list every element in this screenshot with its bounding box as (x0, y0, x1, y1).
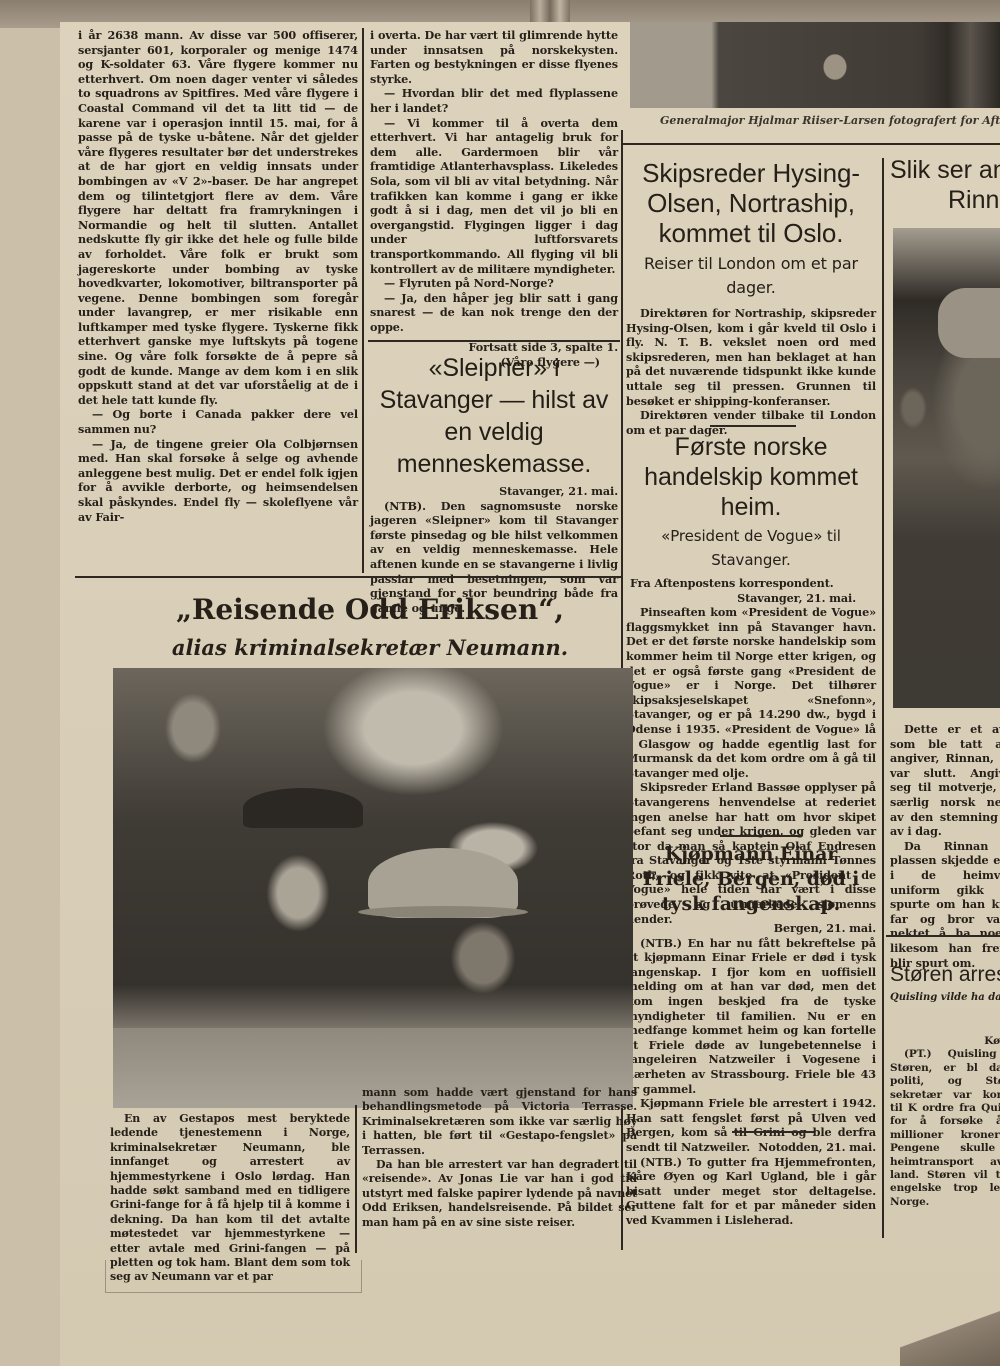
dateline: Stavanger, 21. mai. (626, 591, 876, 606)
hysing-headline: Skipsreder Hysing-Olsen, Nortraship, kom… (626, 158, 876, 248)
handelskip-headline: Første norske handelskip kommet heim. (626, 432, 876, 522)
sleipner-headline: «Sleipner» i Stavanger — hilst av en vel… (370, 352, 618, 480)
article-friele: Kjøpmann Einar Friele, Bergen, død i tys… (626, 842, 876, 1155)
article-flygere-col2: i overta. De har vært til glimrende hytt… (370, 28, 618, 370)
byline: Fra Aftenpostens korrespondent. (626, 576, 876, 591)
storen-body: Kø (PT.) Quisling sul Støren, er bl dans… (890, 1035, 1000, 1209)
rinnan-headline-line1: Slik ser angiv (890, 155, 1000, 185)
column-rule (355, 1105, 357, 1253)
friele-headline: Kjøpmann Einar Friele, Bergen, død i tys… (626, 842, 876, 917)
photo-neumann-arrest (113, 668, 633, 1108)
neumann-col-b: mann som hadde vært gjenstand for hans b… (362, 1086, 637, 1230)
paragraph: (NTB.) En har nu fått bekreftelse på at … (626, 936, 876, 1097)
paragraph: — Vi kommer til å overta dem etterhvert.… (370, 116, 618, 277)
short-divider (732, 1131, 814, 1133)
handelskip-subhead: «President de Vogue» til Stavanger. (626, 524, 876, 572)
paragraph: (NTB.) To gutter fra Hjemmefronten, Kåre… (626, 1155, 876, 1228)
paragraph: — Ja, de tingene greier Ola Colbjørnsen … (78, 437, 358, 525)
short-divider (720, 835, 802, 837)
paragraph: Direktøren for Nortraship, skipsreder Hy… (626, 306, 876, 408)
paragraph: Dette er et av de som ble tatt av T angi… (890, 722, 1000, 839)
rinnan-headline: Slik ser angiv Rinnan (890, 155, 1000, 215)
section-divider (368, 340, 620, 342)
neumann-col-a: En av Gestapos mest beryktede ledende tj… (110, 1112, 350, 1285)
dateline: Kø (890, 1035, 1000, 1048)
rinnan-headline-line2: Rinnan (890, 185, 1000, 215)
column-rule (882, 158, 884, 1238)
paragraph: — Hvordan blir det med flyplassene her i… (370, 86, 618, 115)
photo-rinnan (893, 228, 1000, 708)
paragraph: mann som hadde vært gjenstand for hans b… (362, 1086, 637, 1158)
photo-caption: Generalmajor Hjalmar Riiser-Larsen fotog… (660, 114, 1000, 127)
article-flygere-col1: i år 2638 mann. Av disse var 500 offiser… (78, 28, 358, 524)
hysing-subhead: Reiser til London om et par dager. (626, 252, 876, 300)
paragraph: En av Gestapos mest beryktede ledende tj… (110, 1112, 350, 1285)
photo-detail-hat-band (358, 906, 528, 918)
paragraph: Da Rinnan ble plassen skjedde et dat i d… (890, 839, 1000, 970)
short-divider (710, 425, 796, 427)
article-hysing-olsen: Skipsreder Hysing-Olsen, Nortraship, kom… (626, 158, 876, 437)
neumann-subhead: alias kriminalsekretær Neumann. (120, 634, 620, 662)
section-divider (75, 576, 623, 578)
paragraph: — Ja, den håper jeg blir satt i gang sna… (370, 291, 618, 335)
photo-detail (938, 288, 1000, 358)
dateline: Bergen, 21. mai. (626, 921, 876, 936)
rinnan-body: Dette er et av de som ble tatt av T angi… (890, 722, 1000, 970)
page-corner-fold (900, 1310, 1000, 1366)
dateline: Stavanger, 21. mai. (370, 484, 618, 499)
paragraph: — Og borte i Canada pakker dere vel samm… (78, 407, 358, 436)
paragraph: i år 2638 mann. Av disse var 500 offiser… (78, 28, 358, 407)
photo-riiser-larsen (630, 22, 1000, 108)
column-rule (362, 28, 364, 573)
neumann-headline: „Reisende Odd Eriksen“, (120, 592, 620, 628)
storen-headline: Støren arreste (890, 963, 1000, 987)
storen-subhead: Quisling vilde ha danske (890, 991, 1000, 1004)
photo-detail-cap (243, 788, 363, 828)
paragraph: — Flyruten på Nord-Norge? (370, 276, 618, 291)
paragraph: i overta. De har vært til glimrende hytt… (370, 28, 618, 86)
dateline: Notodden, 21. mai. (626, 1140, 876, 1155)
clipping-outline (105, 1260, 362, 1293)
paragraph: (PT.) Quisling sul Støren, er bl danske … (890, 1048, 1000, 1209)
section-divider (622, 143, 1000, 145)
article-notodden: Notodden, 21. mai. (NTB.) To gutter fra … (626, 1140, 876, 1228)
section-divider (886, 935, 1000, 937)
paragraph: Da han ble arrestert var han degradert t… (362, 1158, 637, 1230)
paragraph: Pinseaften kom «President de Vogue» flag… (626, 605, 876, 780)
